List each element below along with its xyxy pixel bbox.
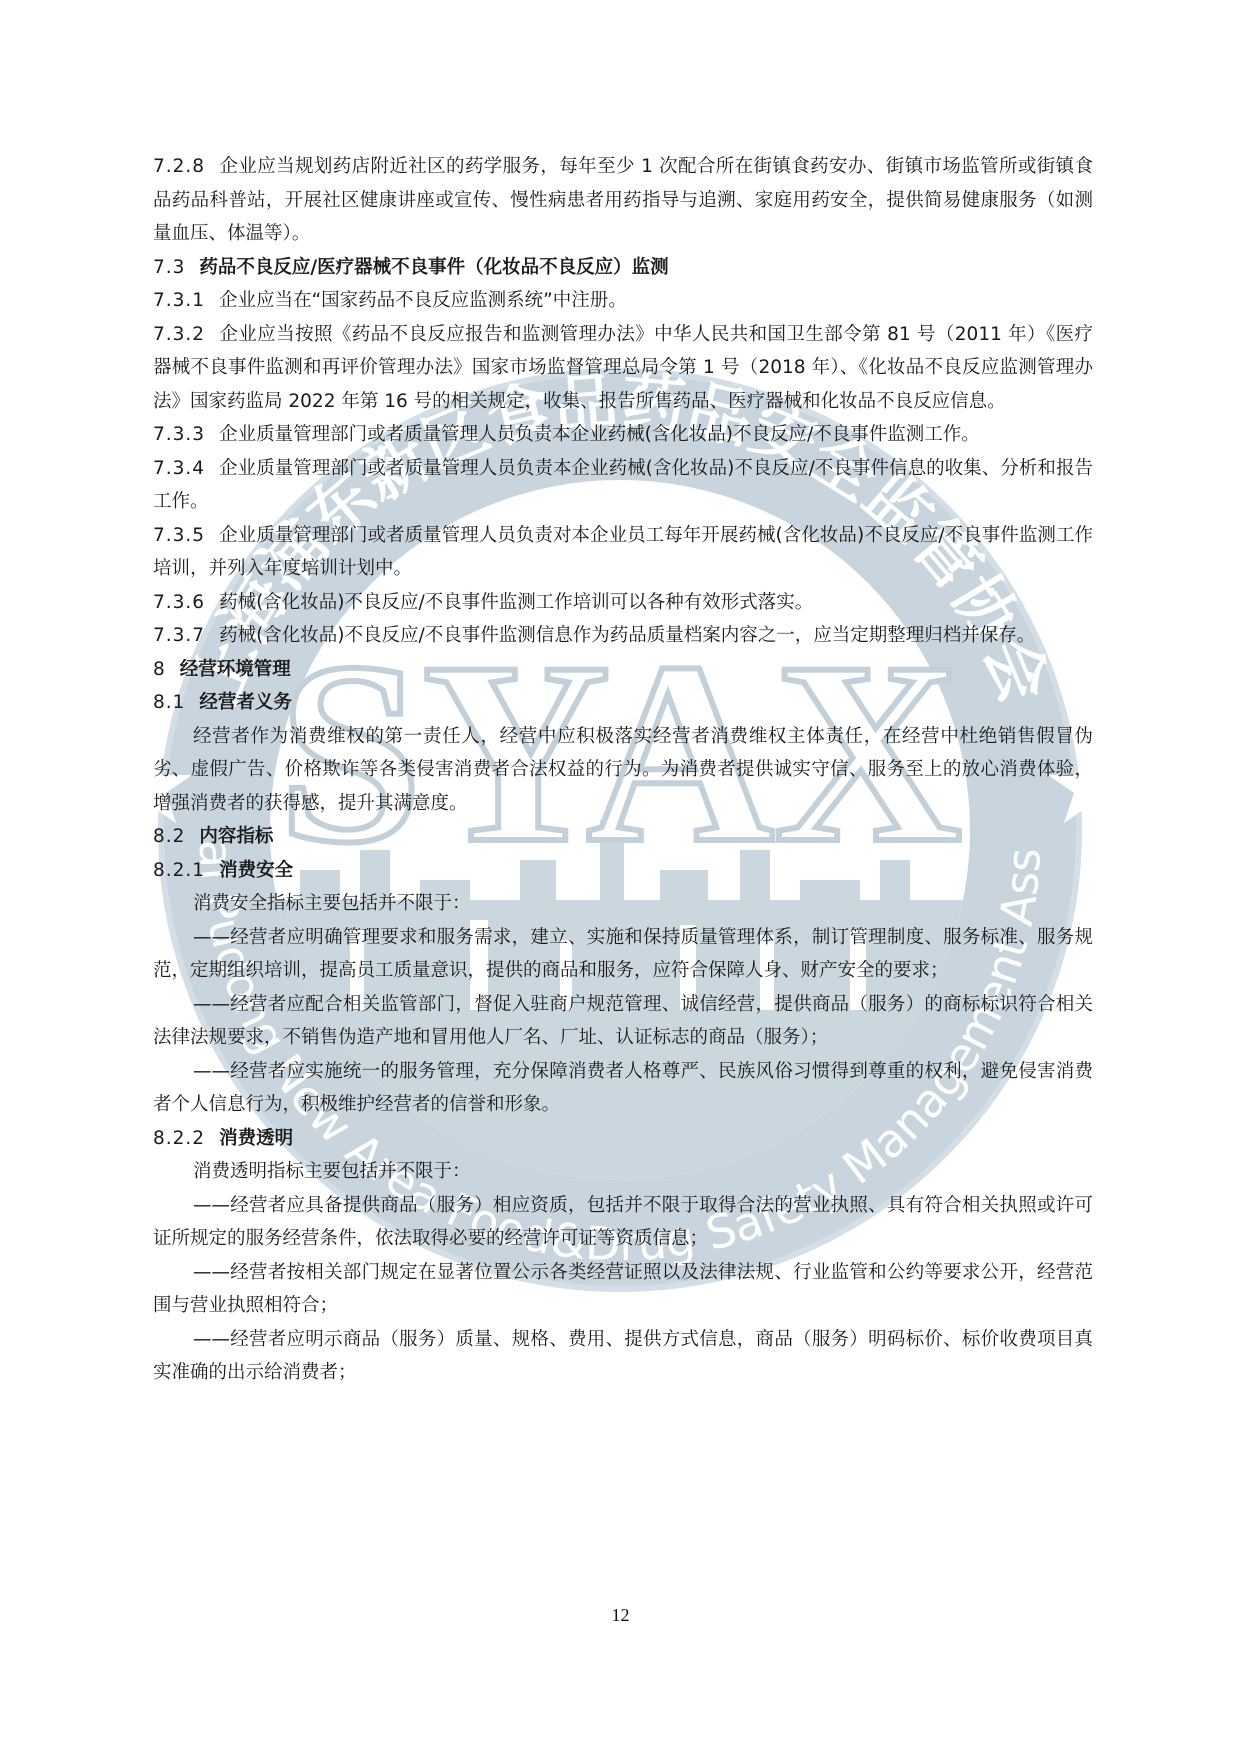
section-heading-8-2-2: 8.2.2消费透明: [153, 1122, 1093, 1156]
list-item-transparency-3: ——经营者应明示商品（服务）质量、规格、费用、提供方式信息，商品（服务）明码标价…: [153, 1323, 1093, 1390]
clause-7-3-7: 7.3.7药械(含化妆品)不良反应/不良事件监测信息作为药品质量档案内容之一，应…: [153, 619, 1093, 653]
paragraph-operator-obligation: 经营者作为消费维权的第一责任人，经营中应积极落实经营者消费维权主体责任，在经营中…: [153, 720, 1093, 821]
list-item-safety-3: ——经营者应实施统一的服务管理，充分保障消费者人格尊严、民族风俗习惯得到尊重的权…: [153, 1055, 1093, 1122]
page-number: 12: [0, 1605, 1241, 1626]
list-item-transparency-1: ——经营者应具备提供商品（服务）相应资质，包括并不限于取得合法的营业执照、具有符…: [153, 1189, 1093, 1256]
section-heading-7-3: 7.3药品不良反应/医疗器械不良事件（化妆品不良反应）监测: [153, 251, 1093, 285]
clause-7-3-3: 7.3.3企业质量管理部门或者质量管理人员负责本企业药械(含化妆品)不良反应/不…: [153, 418, 1093, 452]
document-body: 7.2.8企业应当规划药店附近社区的药学服务，每年至少 1 次配合所在街镇食药安…: [153, 150, 1093, 1390]
paragraph-safety-intro: 消费安全指标主要包括并不限于：: [153, 887, 1093, 921]
list-item-safety-1: ——经营者应明确管理要求和服务需求，建立、实施和保持质量管理体系，制订管理制度、…: [153, 921, 1093, 988]
list-item-safety-2: ——经营者应配合相关监管部门，督促入驻商户规范管理、诚信经营，提供商品（服务）的…: [153, 988, 1093, 1055]
clause-7-3-2: 7.3.2企业应当按照《药品不良反应报告和监测管理办法》中华人民共和国卫生部令第…: [153, 318, 1093, 419]
list-item-transparency-2: ——经营者按相关部门规定在显著位置公示各类经营证照以及法律法规、行业监管和公约等…: [153, 1256, 1093, 1323]
clause-7-3-5: 7.3.5企业质量管理部门或者质量管理人员负责对本企业员工每年开展药械(含化妆品…: [153, 519, 1093, 586]
clause-7-2-8: 7.2.8企业应当规划药店附近社区的药学服务，每年至少 1 次配合所在街镇食药安…: [153, 150, 1093, 251]
paragraph-transparency-intro: 消费透明指标主要包括并不限于：: [153, 1155, 1093, 1189]
clause-7-3-6: 7.3.6药械(含化妆品)不良反应/不良事件监测工作培训可以各种有效形式落实。: [153, 586, 1093, 620]
section-heading-8: 8经营环境管理: [153, 653, 1093, 687]
section-heading-8-2: 8.2内容指标: [153, 820, 1093, 854]
section-heading-8-2-1: 8.2.1消费安全: [153, 854, 1093, 888]
clause-7-3-1: 7.3.1企业应当在“国家药品不良反应监测系统”中注册。: [153, 284, 1093, 318]
document-page: SYAX 上海浦东新区食品药品安全监管协会 Shanghai Pudong Ne…: [0, 0, 1241, 1754]
clause-7-3-4: 7.3.4企业质量管理部门或者质量管理人员负责本企业药械(含化妆品)不良反应/不…: [153, 452, 1093, 519]
section-heading-8-1: 8.1经营者义务: [153, 686, 1093, 720]
